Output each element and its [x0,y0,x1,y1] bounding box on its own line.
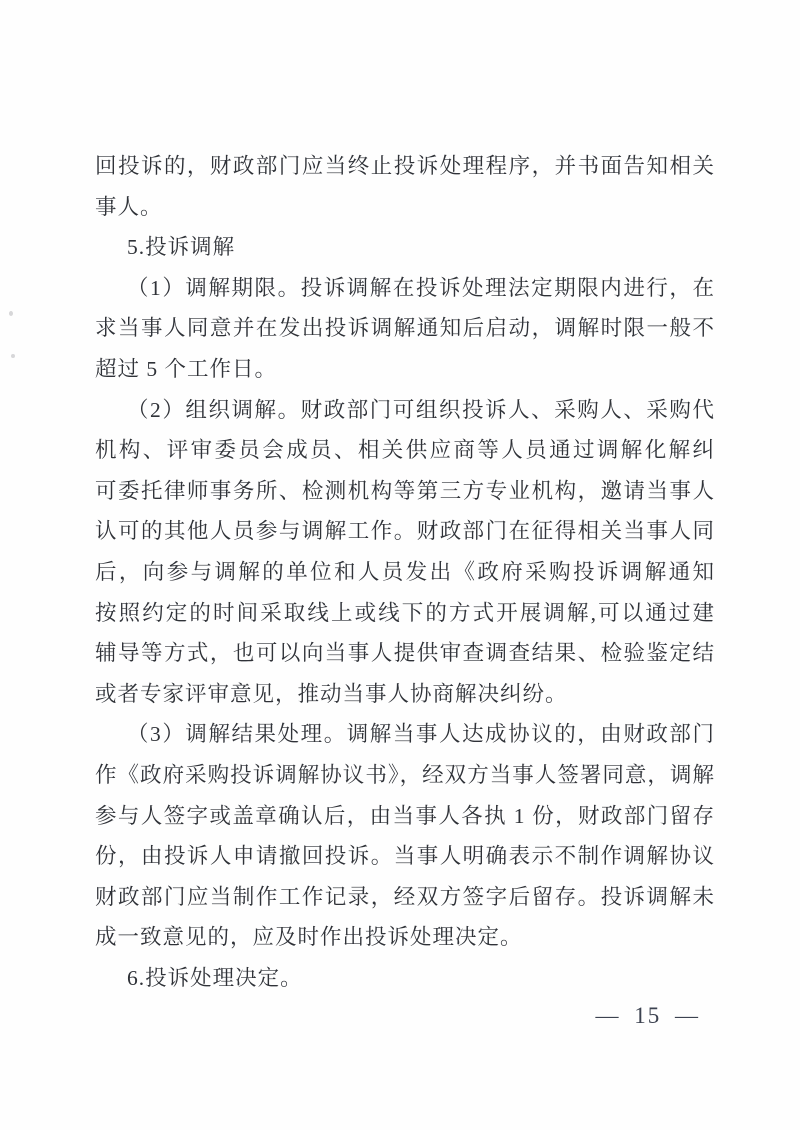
text-line: 求当事人同意并在发出投诉调解通知后启动，调解时限一般不得 [95,308,715,349]
scanned-document-page: 回投诉的，财政部门应当终止投诉处理程序，并书面告知相关当 事人。 5.投诉调解 … [0,0,800,1130]
scan-speckle [11,354,15,358]
text-line: 作《政府采购投诉调解协议书》，经双方当事人签署同意，调解 [95,755,715,796]
document-body: 回投诉的，财政部门应当终止投诉处理程序，并书面告知相关当 事人。 5.投诉调解 … [95,146,715,998]
text-line: 后，向参与调解的单位和人员发出《政府采购投诉调解通知书》， [95,552,715,593]
text-line: （1）调解期限。投诉调解在投诉处理法定期限内进行，在征 [95,268,715,309]
scan-speckle [9,311,13,316]
text-line: 辅导等方式，也可以向当事人提供审查调查结果、检验鉴定结果 [95,633,715,674]
text-line: 参与人签字或盖章确认后，由当事人各执 1 份，财政部门留存 1 [95,796,715,837]
section-heading-5: 5.投诉调解 [95,227,715,268]
section-heading-6: 6.投诉处理决定。 [95,958,715,999]
text-line: 份，由投诉人申请撤回投诉。当事人明确表示不制作调解协议的， [95,836,715,877]
text-line: 回投诉的，财政部门应当终止投诉处理程序，并书面告知相关当 [95,146,715,187]
text-line: 财政部门应当制作工作记录，经双方签字后留存。投诉调解未达 [95,877,715,918]
text-line: 认可的其他人员参与调解工作。财政部门在征得相关当事人同意 [95,511,715,552]
text-line: 可委托律师事务所、检测机构等第三方专业机构，邀请当事人均 [95,471,715,512]
text-line: 或者专家评审意见，推动当事人协商解决纠纷。 [95,674,715,715]
text-line: （2）组织调解。财政部门可组织投诉人、采购人、采购代理 [95,390,715,431]
page-number: — 15 — [596,1002,701,1030]
text-line: 事人。 [95,187,715,228]
text-line: 机构、评审委员会成员、相关供应商等人员通过调解化解纠纷， [95,430,715,471]
text-line: 按照约定的时间采取线上或线下的方式开展调解,可以通过建议、 [95,593,715,634]
text-line: 超过 5 个工作日。 [95,349,715,390]
text-line: （3）调解结果处理。调解当事人达成协议的，由财政部门制 [95,714,715,755]
text-line: 成一致意见的，应及时作出投诉处理决定。 [95,917,715,958]
